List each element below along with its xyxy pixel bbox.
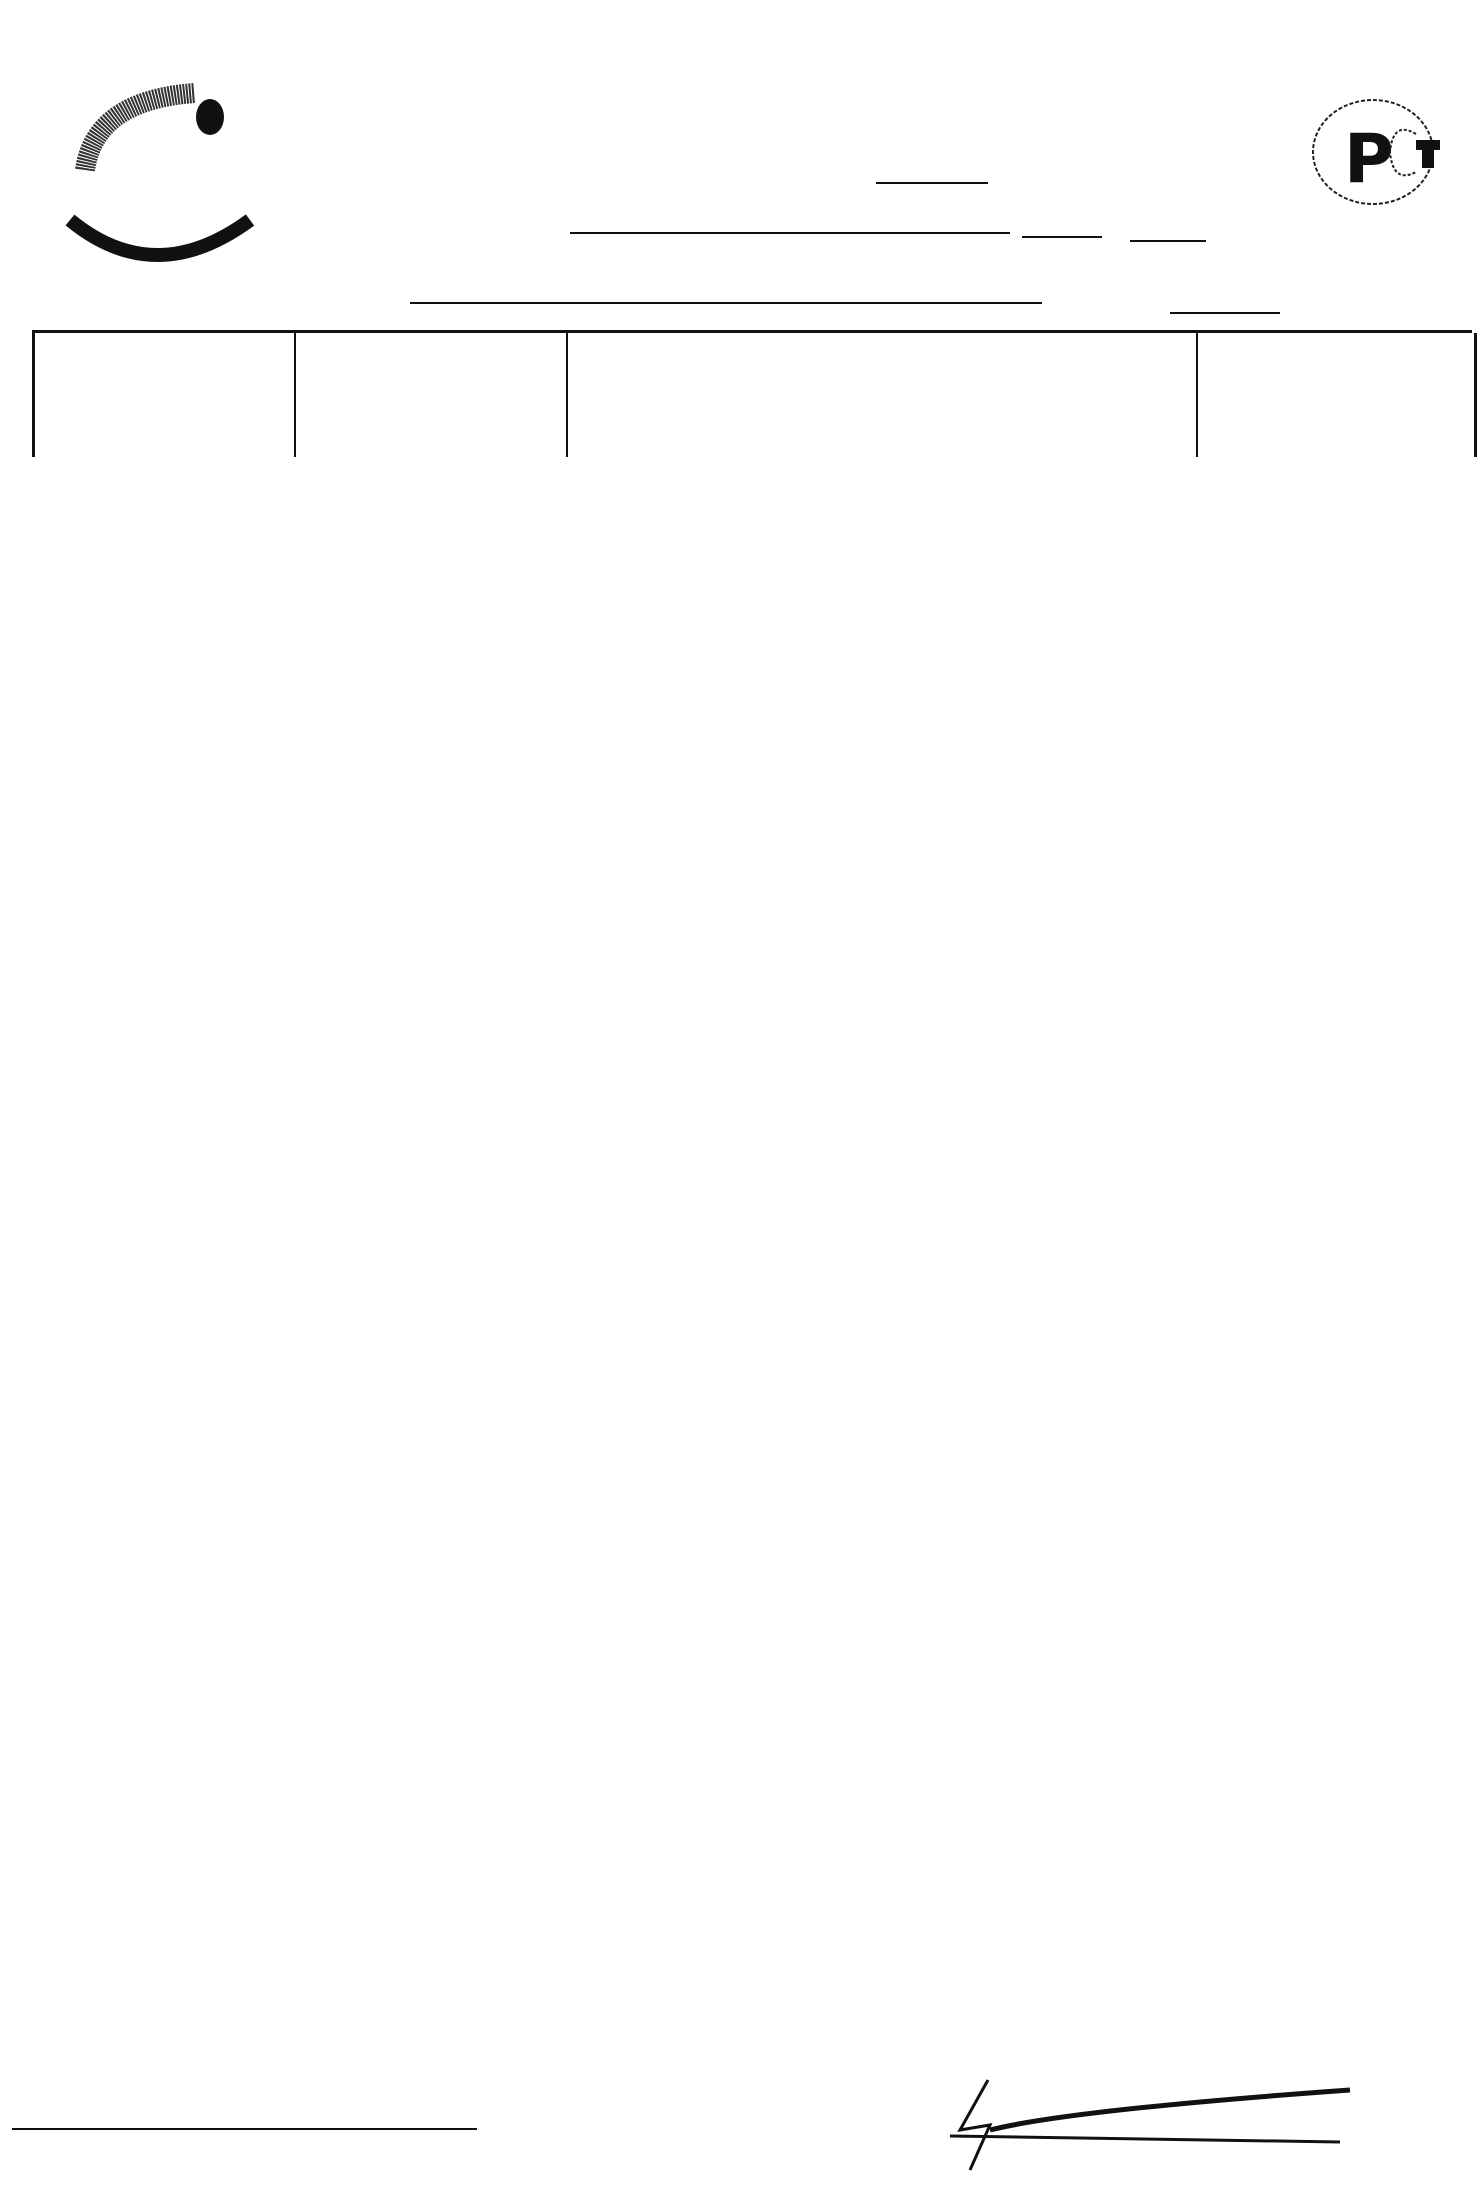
header-cell-result (294, 333, 568, 457)
rst-iso-icon: P (1298, 72, 1448, 232)
header-cell-analyte (32, 333, 297, 457)
logo-drop-icon (45, 75, 285, 275)
signature-icon (950, 2070, 1360, 2180)
table-header-row (32, 330, 1472, 457)
svg-text:P: P (1344, 120, 1394, 199)
certification-mark: P (1298, 72, 1448, 232)
header-cell-norm (566, 333, 1198, 457)
signature (950, 2070, 1360, 2180)
header-cell-units (1196, 333, 1477, 457)
lab-logo (45, 75, 285, 275)
